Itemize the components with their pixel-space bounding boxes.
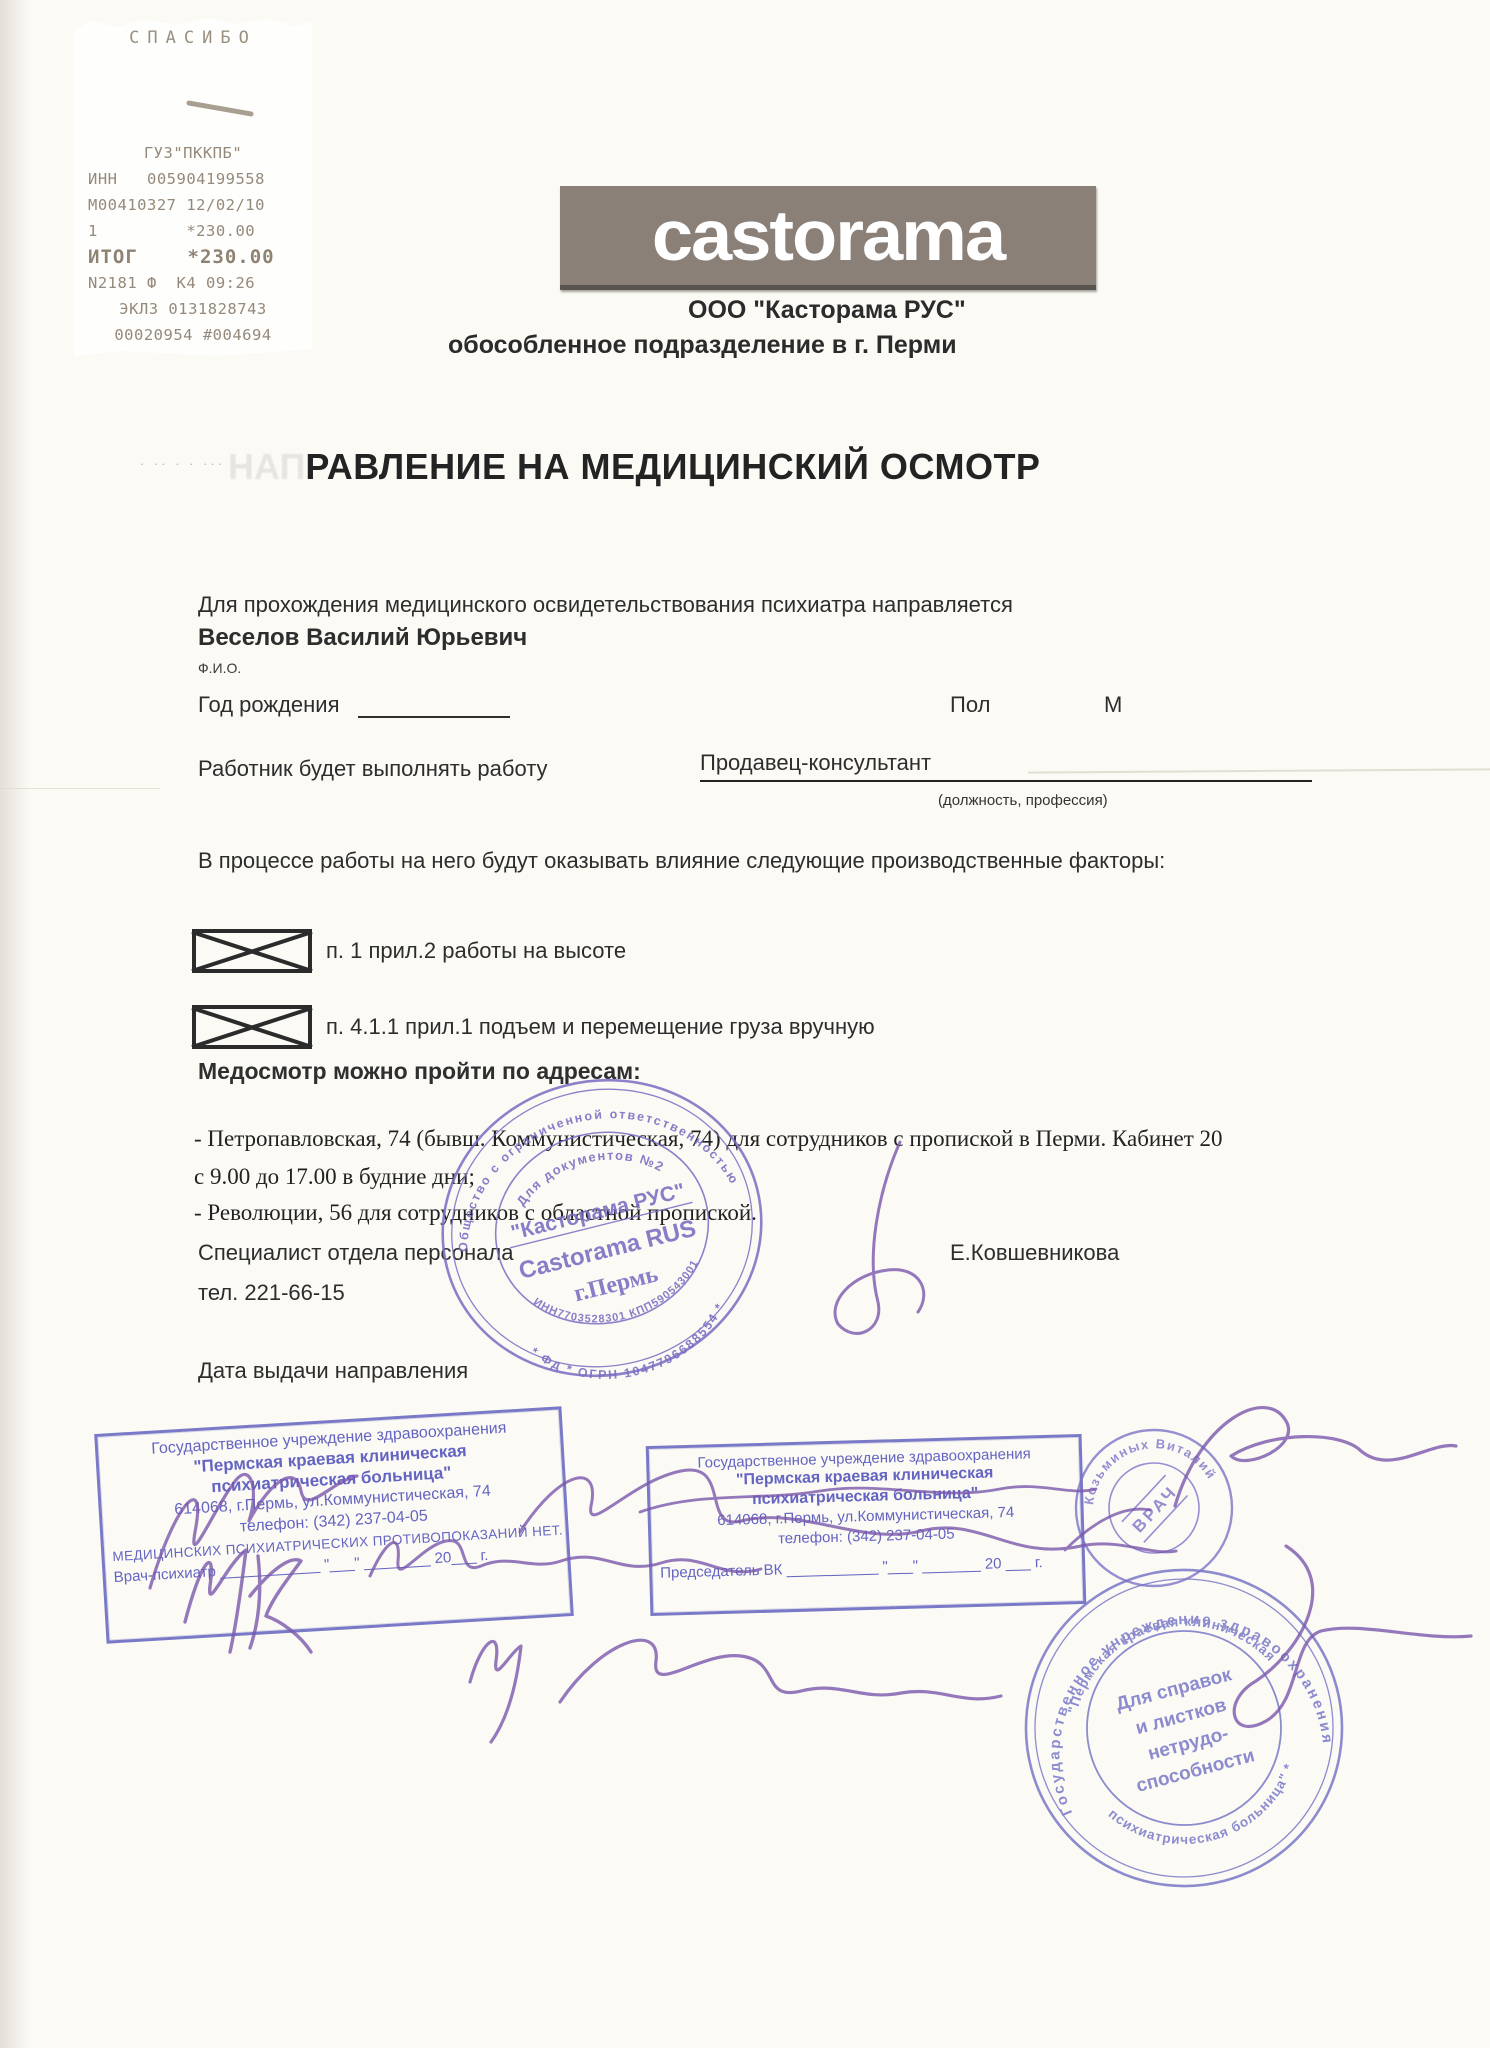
hospital-stamp-left: Государственное учреждение здравоохранен… [94,1406,574,1643]
receipt-thanks: СПАСИБО [74,28,312,48]
receipt-total-line: ИТОГ *230.00 [88,244,298,270]
hospital-round-stamp: Государственное учреждение здравоохранен… [1020,1564,1348,1892]
doctor-center-group: ВРАЧ [1122,1475,1188,1542]
castorama-logo: castorama [560,186,1096,290]
employee-name: Веселов Василий Юрьевич [198,624,527,652]
birth-sex-row: Год рождения Пол М [198,692,1298,718]
job-label: Работник будет выполнять работу [198,756,548,782]
ink-flourish-oval-stamp [835,1142,924,1333]
receipt-line: N2181 Ф К4 09:26 [88,270,298,296]
stamp-chairman-signature-line: Председатель ВК ___________ "___" ______… [660,1553,1074,1582]
receipt-line: М00410327 12/02/10 [88,192,298,218]
oval-stamp-texts: Общество с ограниченной ответственностью… [432,1076,772,1384]
receipt-line: ГУЗ"ПККПБ" [88,140,298,166]
ink-vr-cherem-word [470,1640,1001,1742]
paper-crease-left [0,788,160,789]
job-caption: (должность, профессия) [938,792,1108,809]
faded-print-marks: · ·· · · ··· ·· ·· · [140,456,228,471]
crossed-checkbox-2 [191,1004,313,1050]
receipt-lines: ГУЗ"ПККПБ" ИНН 005904199558 М00410327 12… [88,140,298,348]
job-value-underlined: Продавец-консультант [700,750,1312,782]
intro-line: Для прохождения медицинского освидетельс… [198,592,1013,618]
title-main-text: РАВЛЕНИЕ НА МЕДИЦИНСКИЙ ОСМОТР [305,446,1040,487]
receipt-line: 00020954 #004694 [88,322,298,348]
cash-receipt: СПАСИБО ГУЗ"ПККПБ" ИНН 005904199558 М004… [74,14,312,356]
company-name: ООО "Касторама РУС" [688,296,966,325]
receipt-line: ИНН 005904199558 [88,166,298,192]
crossed-checkbox-1 [191,928,313,974]
name-caption: Ф.И.О. [198,660,241,676]
company-division: обособленное подразделение в г. Перми [448,331,957,360]
birth-year-label: Год рождения [198,692,340,717]
issue-date-label: Дата выдачи направления [198,1358,468,1384]
factor-1-label: п. 1 прил.2 работы на высоте [326,938,626,964]
castorama-logo-text: castorama [652,195,1004,277]
specialist-phone: тел. 221-66-15 [198,1280,345,1306]
round-stamp-body: Государственное учреждение здравоохранен… [1020,1564,1348,1892]
factor-2-label: п. 4.1.1 прил.1 подъем и перемещение гру… [326,1014,875,1040]
birth-year-blank [358,694,510,718]
sex-label: Пол [950,692,990,718]
scanned-document-page: СПАСИБО ГУЗ"ПККПБ" ИНН 005904199558 М004… [0,0,1490,2048]
document-title: · ·· · · ··· ·· ·· ·НАПРАВЛЕНИЕ НА МЕДИЦ… [140,446,1040,488]
specialist-name: Е.Ковшевникова [950,1240,1119,1266]
receipt-line: 1 *230.00 [88,218,298,244]
receipt-line: ЭКЛЗ 0131828743 [88,296,298,322]
castorama-oval-stamp: Общество с ограниченной ответственностью… [432,1072,772,1384]
title-faded-prefix: НАП [228,446,305,487]
staple [186,100,254,117]
factors-intro: В процессе работы на него будут оказыват… [198,844,1208,878]
doctor-center-text: ВРАЧ [1129,1482,1182,1537]
sex-value: М [1104,692,1122,718]
